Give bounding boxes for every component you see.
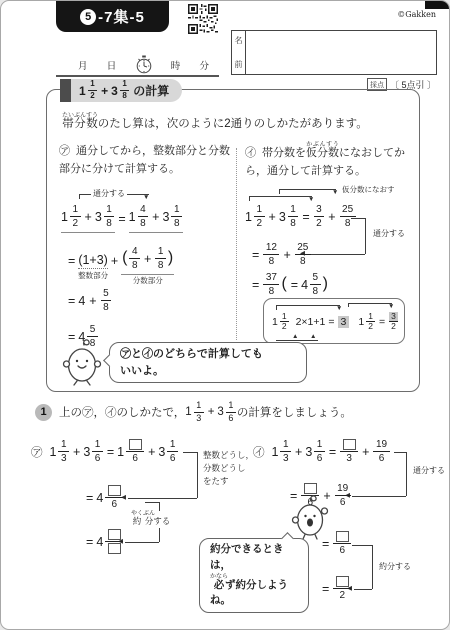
qr-code-icon [188, 4, 218, 34]
mixed-number: 113 [50, 439, 71, 464]
annotation-label: 通分する [371, 228, 407, 239]
annotation-line: をたす [203, 475, 254, 488]
bubble-text: 必かならず約分しようね。 [210, 574, 298, 610]
operator: = [68, 294, 75, 308]
operator: + [73, 445, 80, 459]
whole-number: 3 [217, 406, 223, 418]
bracket-line [276, 305, 340, 306]
fraction: 258 [340, 204, 356, 229]
connector-line [351, 218, 365, 219]
whole-number: 1 [272, 316, 278, 328]
connector-line [365, 218, 366, 254]
whole-number: 3 [162, 210, 169, 224]
fraction: 12 [366, 312, 375, 332]
name-input-area[interactable] [246, 31, 436, 74]
whole-number: 3 [95, 210, 102, 224]
conversion-note-box: ▼ ▼ ▲ ▲ 112 2×1+1 = 3 112 = 32 [263, 298, 405, 344]
operator: = [291, 278, 298, 292]
annotation-label: 整数どうし， 分数どうし をたす [203, 449, 254, 489]
mixed-number: 316 [83, 439, 104, 464]
annotation-label: 仮分数になおす [340, 184, 397, 195]
bubble-text: いいよ。 [120, 363, 296, 380]
operator: + [269, 210, 276, 224]
badge-text: -7集-5 [98, 6, 145, 27]
whole-number: 4 [78, 294, 85, 308]
equation-line: ㋑ 113 + 316 = 3 + 196 [253, 439, 391, 464]
lesson-box: 1 12 + 3 18 の計算 帯分数たいぶんすうのたし算は，次のように2通りの… [46, 89, 420, 392]
whole-number: 4 [301, 278, 308, 292]
operator: = [252, 248, 259, 262]
operator: = [252, 278, 259, 292]
ruby-reading: やくぶん [131, 511, 155, 517]
connector-line [394, 452, 406, 453]
fraction: 12 [88, 80, 97, 101]
equation-line: = (1+3) 整数部分 + ( 48 + 18 ) 分数部分 [65, 246, 174, 275]
annotation-line: 分数どうし [203, 462, 254, 475]
operator: + [208, 406, 215, 418]
whole-number: 1 [79, 84, 86, 98]
fraction: 58 [310, 272, 321, 297]
whole-number: 3 [83, 445, 90, 459]
speech-bubble: 約分できるときは， 必かならず約分しようね。 [199, 538, 309, 613]
bracket-tick [79, 194, 80, 199]
ruby-term: 帯分数たいぶんすう [62, 118, 98, 130]
whole-number: 3 [158, 445, 165, 459]
fraction: 16 [314, 439, 325, 464]
mixed-number: 113 [185, 401, 204, 424]
equation-line: = 128 + 258 [249, 242, 312, 267]
answer-box[interactable] [108, 485, 121, 496]
bracket-line [279, 189, 336, 190]
arrow-up-icon: ▲ [292, 334, 298, 341]
fraction: 6 [333, 531, 351, 556]
annotation-line: する [153, 516, 170, 526]
operator: + [85, 210, 92, 224]
ruby-reading: かぶんすう [306, 142, 339, 148]
fraction: 16 [92, 439, 103, 464]
name-label-top: 名 [235, 35, 243, 46]
paren: ) [323, 275, 328, 293]
day-label: 日 [107, 58, 117, 72]
operator: + [283, 248, 290, 262]
expression-group: 148 + 318 [129, 204, 183, 233]
mascot-icon [291, 493, 331, 541]
fraction: 32 [389, 312, 398, 332]
minute-label: 分 [199, 58, 209, 72]
arrow-down-icon: ▼ [143, 195, 149, 202]
mascot-icon [61, 336, 105, 386]
operator: = [329, 445, 336, 459]
method-a-column: ㋐通分してから，整数部分と分数部分に分けて計算する。 ▼ 通分する 112 + … [59, 142, 235, 178]
operator: + [144, 252, 151, 266]
operator: + [295, 445, 302, 459]
bracket-tick [249, 196, 250, 201]
mixed-number: 148 [129, 204, 150, 229]
operator: + [101, 84, 108, 98]
bracket-line [249, 196, 312, 197]
annotation-label: 通分する [411, 465, 447, 476]
conversion-example: 112 2×1+1 = 3 112 = 32 [272, 312, 399, 332]
fraction: 13 [58, 439, 69, 464]
ruby-term: 仮分数かぶんすう [306, 147, 339, 159]
operator: = [302, 210, 309, 224]
answer-box[interactable] [343, 439, 356, 450]
equation-line: = 378 ( = 458 ) [249, 272, 329, 297]
equation-line: 112 + 318 = 148 + 318 [61, 204, 183, 233]
equation-line: ㋐ 113 + 316 = 16 + 316 [31, 439, 179, 464]
ruby-reading: たいぶんすう [62, 113, 98, 119]
mixed-number: 46 [96, 485, 124, 510]
mixed-number: 316 [158, 439, 179, 464]
whole-number: 4 [96, 491, 103, 505]
fraction: 2 [333, 576, 351, 601]
mixed-number: 112 [272, 312, 290, 332]
fraction: 196 [373, 439, 389, 464]
fraction: 18 [155, 246, 166, 271]
whole-number: 1 [129, 210, 136, 224]
operator: + [89, 294, 96, 308]
fraction: 13 [280, 439, 291, 464]
bracket-tick [348, 303, 349, 307]
operator: + [152, 210, 159, 224]
problem-text: 上の㋐，㋑のしかたで， [59, 404, 185, 420]
mixed-number: 112 [61, 204, 82, 229]
mixed-number: 112 [358, 312, 376, 332]
connector-line [197, 452, 198, 498]
part-b-mark: ㋑ [253, 444, 265, 460]
fraction: 378 [263, 272, 279, 297]
connector-line [183, 452, 197, 453]
annotation-label: 約分する [377, 561, 413, 572]
whole-number: 1 [50, 445, 57, 459]
ruby-term: 必かなら [210, 579, 225, 591]
ruby-base: 約分 [131, 516, 155, 526]
answer-box[interactable] [336, 576, 349, 587]
method-b-column: ㋑帯分数を仮分数かぶんすうになおしてから，通分して計算する。 ▼ ▼ 仮分数にな… [245, 142, 417, 180]
fraction: 18 [288, 204, 299, 229]
operator: = [86, 535, 93, 549]
arrow-down-icon: ▼ [308, 197, 314, 204]
connector-line [307, 254, 365, 255]
whole-number: 3 [279, 210, 286, 224]
fraction-part-group: ( 48 + 18 ) 分数部分 [121, 246, 174, 275]
bubble-text: 約分できるときは， [210, 542, 298, 574]
ruby-base: 帯分数 [62, 118, 98, 130]
equation-line: 112 + 318 = 32 + 258 [245, 204, 357, 229]
arrow-up-icon: ▲ [310, 334, 316, 341]
equation-line: = 4 + 58 [65, 288, 112, 313]
part-a-mark: ㋐ [31, 444, 43, 460]
conversion-expression: 2×1+1 [296, 316, 326, 328]
operator: = [86, 491, 93, 505]
whole-number: 1 [185, 406, 191, 418]
whole-number: 1 [358, 316, 364, 328]
equation-line: = 46 [83, 485, 124, 510]
mixed-number: 316 [305, 439, 326, 464]
lesson-badge: 5 -7集-5 [56, 1, 169, 32]
fraction: 258 [295, 242, 311, 267]
whole-number: 1 [272, 445, 279, 459]
mixed-number: 318 [95, 204, 116, 229]
method-b-text: 帯分数を [262, 147, 306, 159]
fraction: 58 [101, 288, 112, 313]
answer-box[interactable] [108, 529, 121, 540]
method-b-mark: ㋑ [245, 147, 256, 159]
mixed-number: 316 [217, 401, 236, 424]
fraction: 32 [314, 204, 325, 229]
operator: = [328, 316, 334, 328]
connector-line [125, 542, 159, 543]
connector-line [352, 496, 406, 497]
whole-number: 1 [245, 210, 252, 224]
lesson-title: 1 12 + 3 18 の計算 [60, 79, 182, 102]
whole-number: 1 [61, 210, 68, 224]
connector-line [372, 545, 373, 589]
title-pill: 1 12 + 3 18 の計算 [71, 79, 182, 102]
title-suffix: の計算 [133, 82, 169, 99]
operator: = [68, 254, 75, 268]
arrow-down-icon: ▼ [388, 304, 394, 311]
ruby-reading: かなら [210, 574, 228, 580]
fraction: 48 [138, 204, 149, 229]
speech-bubble: ㋐と㋑のどちらで計算しても いいよ。 [109, 342, 307, 383]
stopwatch-icon [136, 55, 152, 74]
method-a-description: ㋐通分してから，整数部分と分数部分に分けて計算する。 [59, 142, 235, 178]
method-a-mark: ㋐ [59, 145, 70, 157]
date-fill-line[interactable]: 月 日 時 分 [56, 55, 219, 77]
fraction: 128 [263, 242, 279, 267]
whole-number: 3 [111, 84, 118, 98]
lesson-intro: 帯分数たいぶんすうのたし算は，次のように2通りのしかたがあります。 [62, 113, 368, 131]
fraction-part-label: 分数部分 [133, 275, 163, 286]
mixed-number: 113 [272, 439, 293, 464]
fraction: 6 [105, 485, 123, 510]
name-box: 名 前 [231, 30, 437, 75]
fraction: 12 [280, 312, 289, 332]
fraction: 18 [104, 204, 115, 229]
operator: = [107, 445, 114, 459]
answer-box[interactable] [129, 439, 142, 450]
title-bar-mark [60, 79, 71, 102]
connector-line [352, 545, 372, 546]
whole-number: 4 [96, 535, 103, 549]
integer-part-label: 整数部分 [78, 270, 108, 281]
arrow-down-icon: ▼ [332, 190, 338, 197]
name-label: 名 前 [232, 31, 246, 74]
operator: + [362, 445, 369, 459]
highlighted-result: 3 [338, 316, 350, 328]
bubble-text: ㋐と㋑のどちらで計算しても [120, 346, 296, 363]
answer-box[interactable] [336, 531, 349, 542]
mixed-number: 4 [96, 529, 124, 554]
worksheet-page: 5 -7集-5 ©Gakken 名 前 月 日 時 分 採点 〔 5 [0, 0, 450, 630]
method-a-text: 通分してから，整数部分と分数部分に分けて計算する。 [59, 145, 230, 175]
fraction: 18 [120, 80, 129, 101]
whole-number: 3 [305, 445, 312, 459]
bracket-tick [279, 189, 280, 194]
annotation-label: 約分やくぶんする [129, 511, 172, 528]
fraction [105, 529, 123, 554]
mixed-number: 318 [279, 204, 300, 229]
integer-part-group: (1+3) 整数部分 [78, 253, 108, 269]
paren: ( [122, 249, 127, 267]
connector-line [145, 502, 159, 503]
fraction: 12 [70, 204, 81, 229]
ruby-base: 仮分数 [306, 147, 339, 159]
connector-line [354, 589, 372, 590]
operator: = [118, 212, 125, 226]
mixed-number: 458 [301, 272, 322, 297]
month-label: 月 [78, 58, 88, 72]
answer-box[interactable] [108, 543, 121, 554]
equation-line: = 2 [319, 576, 352, 601]
operator: = [322, 582, 329, 596]
circled-number: 5 [80, 9, 96, 25]
ruby-term: 約分やくぶん [131, 516, 153, 526]
operator: + [111, 254, 118, 268]
corner-tab [425, 1, 450, 9]
name-label-bottom: 前 [235, 59, 243, 70]
integer-sum: (1+3) [78, 253, 108, 269]
copyright-label: ©Gakken [397, 10, 436, 19]
expression-group: 112 + 318 [61, 204, 115, 233]
fraction: 16 [167, 439, 178, 464]
problem-number-badge: 1 [35, 404, 52, 421]
intro-text: のたし算は，次のように2通りのしかたがあります。 [98, 118, 368, 130]
connector-line [128, 498, 197, 499]
annotation-line: 整数どうし， [203, 449, 254, 462]
paren: ) [168, 249, 173, 267]
operator: + [148, 445, 155, 459]
operator: + [328, 210, 335, 224]
column-divider [236, 148, 237, 340]
fraction: 6 [126, 439, 144, 464]
connector-line [406, 452, 407, 496]
hour-label: 時 [171, 58, 181, 72]
bracket-tick [276, 305, 277, 310]
problem-text: の計算をしましょう。 [237, 404, 352, 420]
equation-line: = 4 [83, 529, 124, 554]
fraction: 13 [194, 401, 204, 424]
fraction: 12 [254, 204, 265, 229]
mixed-number: 318 [162, 204, 183, 229]
fraction: 48 [129, 246, 140, 271]
fraction: 196 [335, 483, 351, 508]
problem-1-heading: 1 上の㋐，㋑のしかたで， 113 + 316 の計算をしましょう。 [35, 401, 352, 424]
bracket-line [348, 303, 392, 304]
paren: ( [281, 275, 286, 293]
mixed-number: 112 [245, 204, 266, 229]
annotation-label: 通分する [91, 188, 127, 199]
mixed-number: 16 [117, 439, 145, 464]
fraction: 3 [340, 439, 358, 464]
operator: = [379, 316, 385, 328]
fraction: 18 [171, 204, 182, 229]
whole-number: 1 [117, 445, 124, 459]
method-b-description: ㋑帯分数を仮分数かぶんすうになおしてから，通分して計算する。 [245, 142, 417, 180]
fraction: 16 [226, 401, 236, 424]
